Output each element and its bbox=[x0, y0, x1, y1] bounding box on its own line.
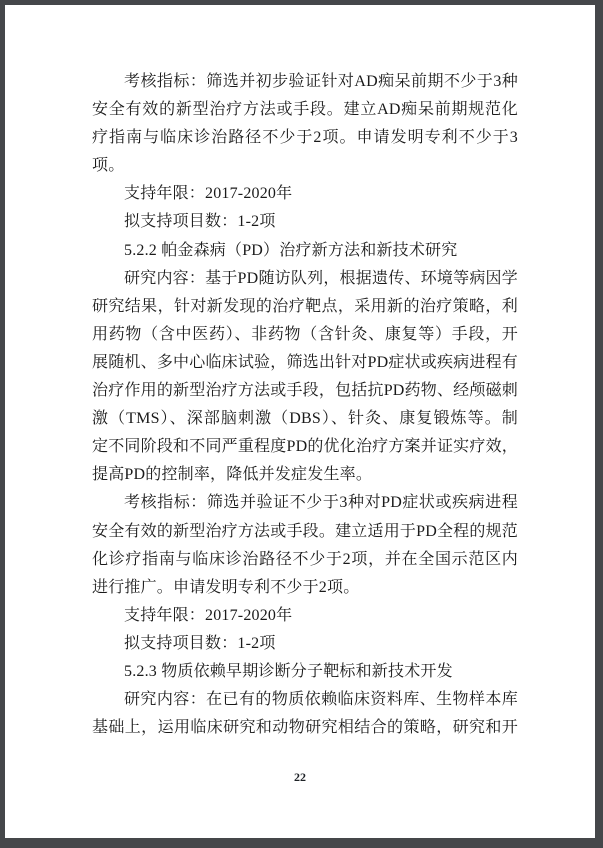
text-line: 5.2.3 物质依赖早期诊断分子靶标和新技术开发 bbox=[92, 658, 518, 686]
text-line: 研究内容：在已有的物质依赖临床资料库、生物样本库 bbox=[92, 686, 518, 714]
text-block: 考核指标：筛选并初步验证针对AD痴呆前期不少于3种安全有效的新型治疗方法或手段。… bbox=[92, 68, 518, 742]
text-line: 基础上，运用临床研究和动物研究相结合的策略，研究和开 bbox=[92, 714, 518, 742]
text-line: 化诊疗指南与临床诊治路径不少于2项，并在全国示范区内 bbox=[92, 546, 518, 574]
text-line: 支持年限：2017-2020年 bbox=[92, 602, 518, 630]
text-line: 进行推广。申请发明专利不少于2项。 bbox=[92, 574, 518, 602]
text-line: 研究结果，针对新发现的治疗靶点，采用新的治疗策略，利 bbox=[92, 293, 518, 321]
text-line: 展随机、多中心临床试验，筛选出针对PD症状或疾病进程有 bbox=[92, 349, 518, 377]
text-line: 治疗作用的新型治疗方法或手段，包括抗PD药物、经颅磁刺 bbox=[92, 377, 518, 405]
text-line: 提高PD的控制率，降低并发症发生率。 bbox=[92, 461, 518, 489]
text-line: 研究内容：基于PD随访队列，根据遗传、环境等病因学 bbox=[92, 265, 518, 293]
text-line: 激（TMS）、深部脑刺激（DBS）、针灸、康复锻炼等。制 bbox=[92, 405, 518, 433]
text-line: 拟支持项目数：1-2项 bbox=[92, 208, 518, 236]
document-page: 考核指标：筛选并初步验证针对AD痴呆前期不少于3种安全有效的新型治疗方法或手段。… bbox=[5, 5, 595, 838]
text-line: 项。 bbox=[92, 152, 518, 180]
text-line: 安全有效的新型治疗方法或手段。建立适用于PD全程的规范 bbox=[92, 518, 518, 546]
text-line: 安全有效的新型治疗方法或手段。建立AD痴呆前期规范化诊 bbox=[92, 96, 518, 124]
scan-background: { "page": { "number": "22", "frame_color… bbox=[0, 0, 603, 848]
text-line: 支持年限：2017-2020年 bbox=[92, 180, 518, 208]
text-line: 考核指标：筛选并初步验证针对AD痴呆前期不少于3种 bbox=[92, 68, 518, 96]
text-line: 5.2.2 帕金森病（PD）治疗新方法和新技术研究 bbox=[92, 237, 518, 265]
text-line: 疗指南与临床诊治路径不少于2项。申请发明专利不少于3 bbox=[92, 124, 518, 152]
text-line: 定不同阶段和不同严重程度PD的优化治疗方案并证实疗效， bbox=[92, 433, 518, 461]
text-line: 用药物（含中医药）、非药物（含针灸、康复等）手段，开 bbox=[92, 321, 518, 349]
text-line: 考核指标：筛选并验证不少于3种对PD症状或疾病进程 bbox=[92, 489, 518, 517]
text-line: 拟支持项目数：1-2项 bbox=[92, 630, 518, 658]
page-number: 22 bbox=[5, 770, 595, 784]
